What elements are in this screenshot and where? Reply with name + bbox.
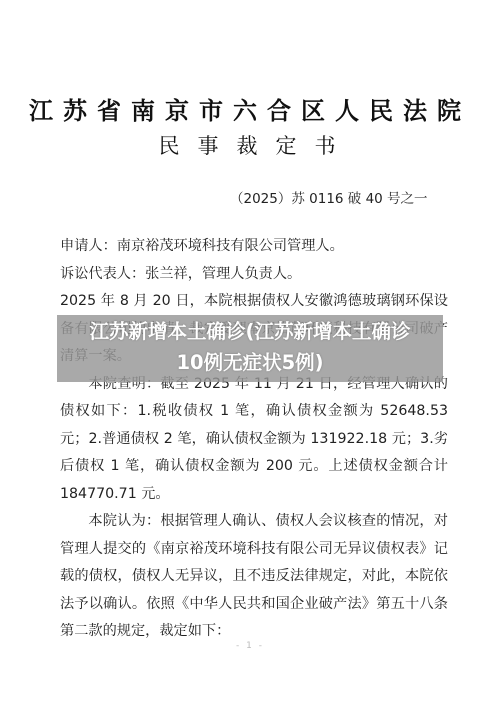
headline-overlay-text: 江苏新增本土确诊(江苏新增本土确诊 10例无症状5例) [57,316,443,378]
document-type: 民事裁定书 [0,130,500,160]
document-body: 申请人：南京裕茂环境科技有限公司管理人。 诉讼代表人：张兰祥，管理人负责人。 2… [60,233,448,646]
page-number: - 1 - [0,641,500,651]
headline-line-1: 江苏新增本土确诊(江苏新增本土确诊 [57,316,443,347]
representative-paragraph: 诉讼代表人：张兰祥，管理人负责人。 [60,261,448,289]
court-name: 江苏省南京市六合区人民法院 [0,91,500,126]
headline-line-2: 10例无症状5例) [57,347,443,378]
case-number: （2025）苏 0116 破 40 号之一 [230,187,428,207]
applicant-paragraph: 申请人：南京裕茂环境科技有限公司管理人。 [60,233,448,261]
findings-paragraph: 本院查明：截至 2025 年 11 月 21 日，经管理人确认的债权如下：1.税… [60,371,448,509]
reasoning-paragraph: 本院认为：根据管理人确认、债权人会议核查的情况，对管理人提交的《南京裕茂环境科技… [60,508,448,646]
